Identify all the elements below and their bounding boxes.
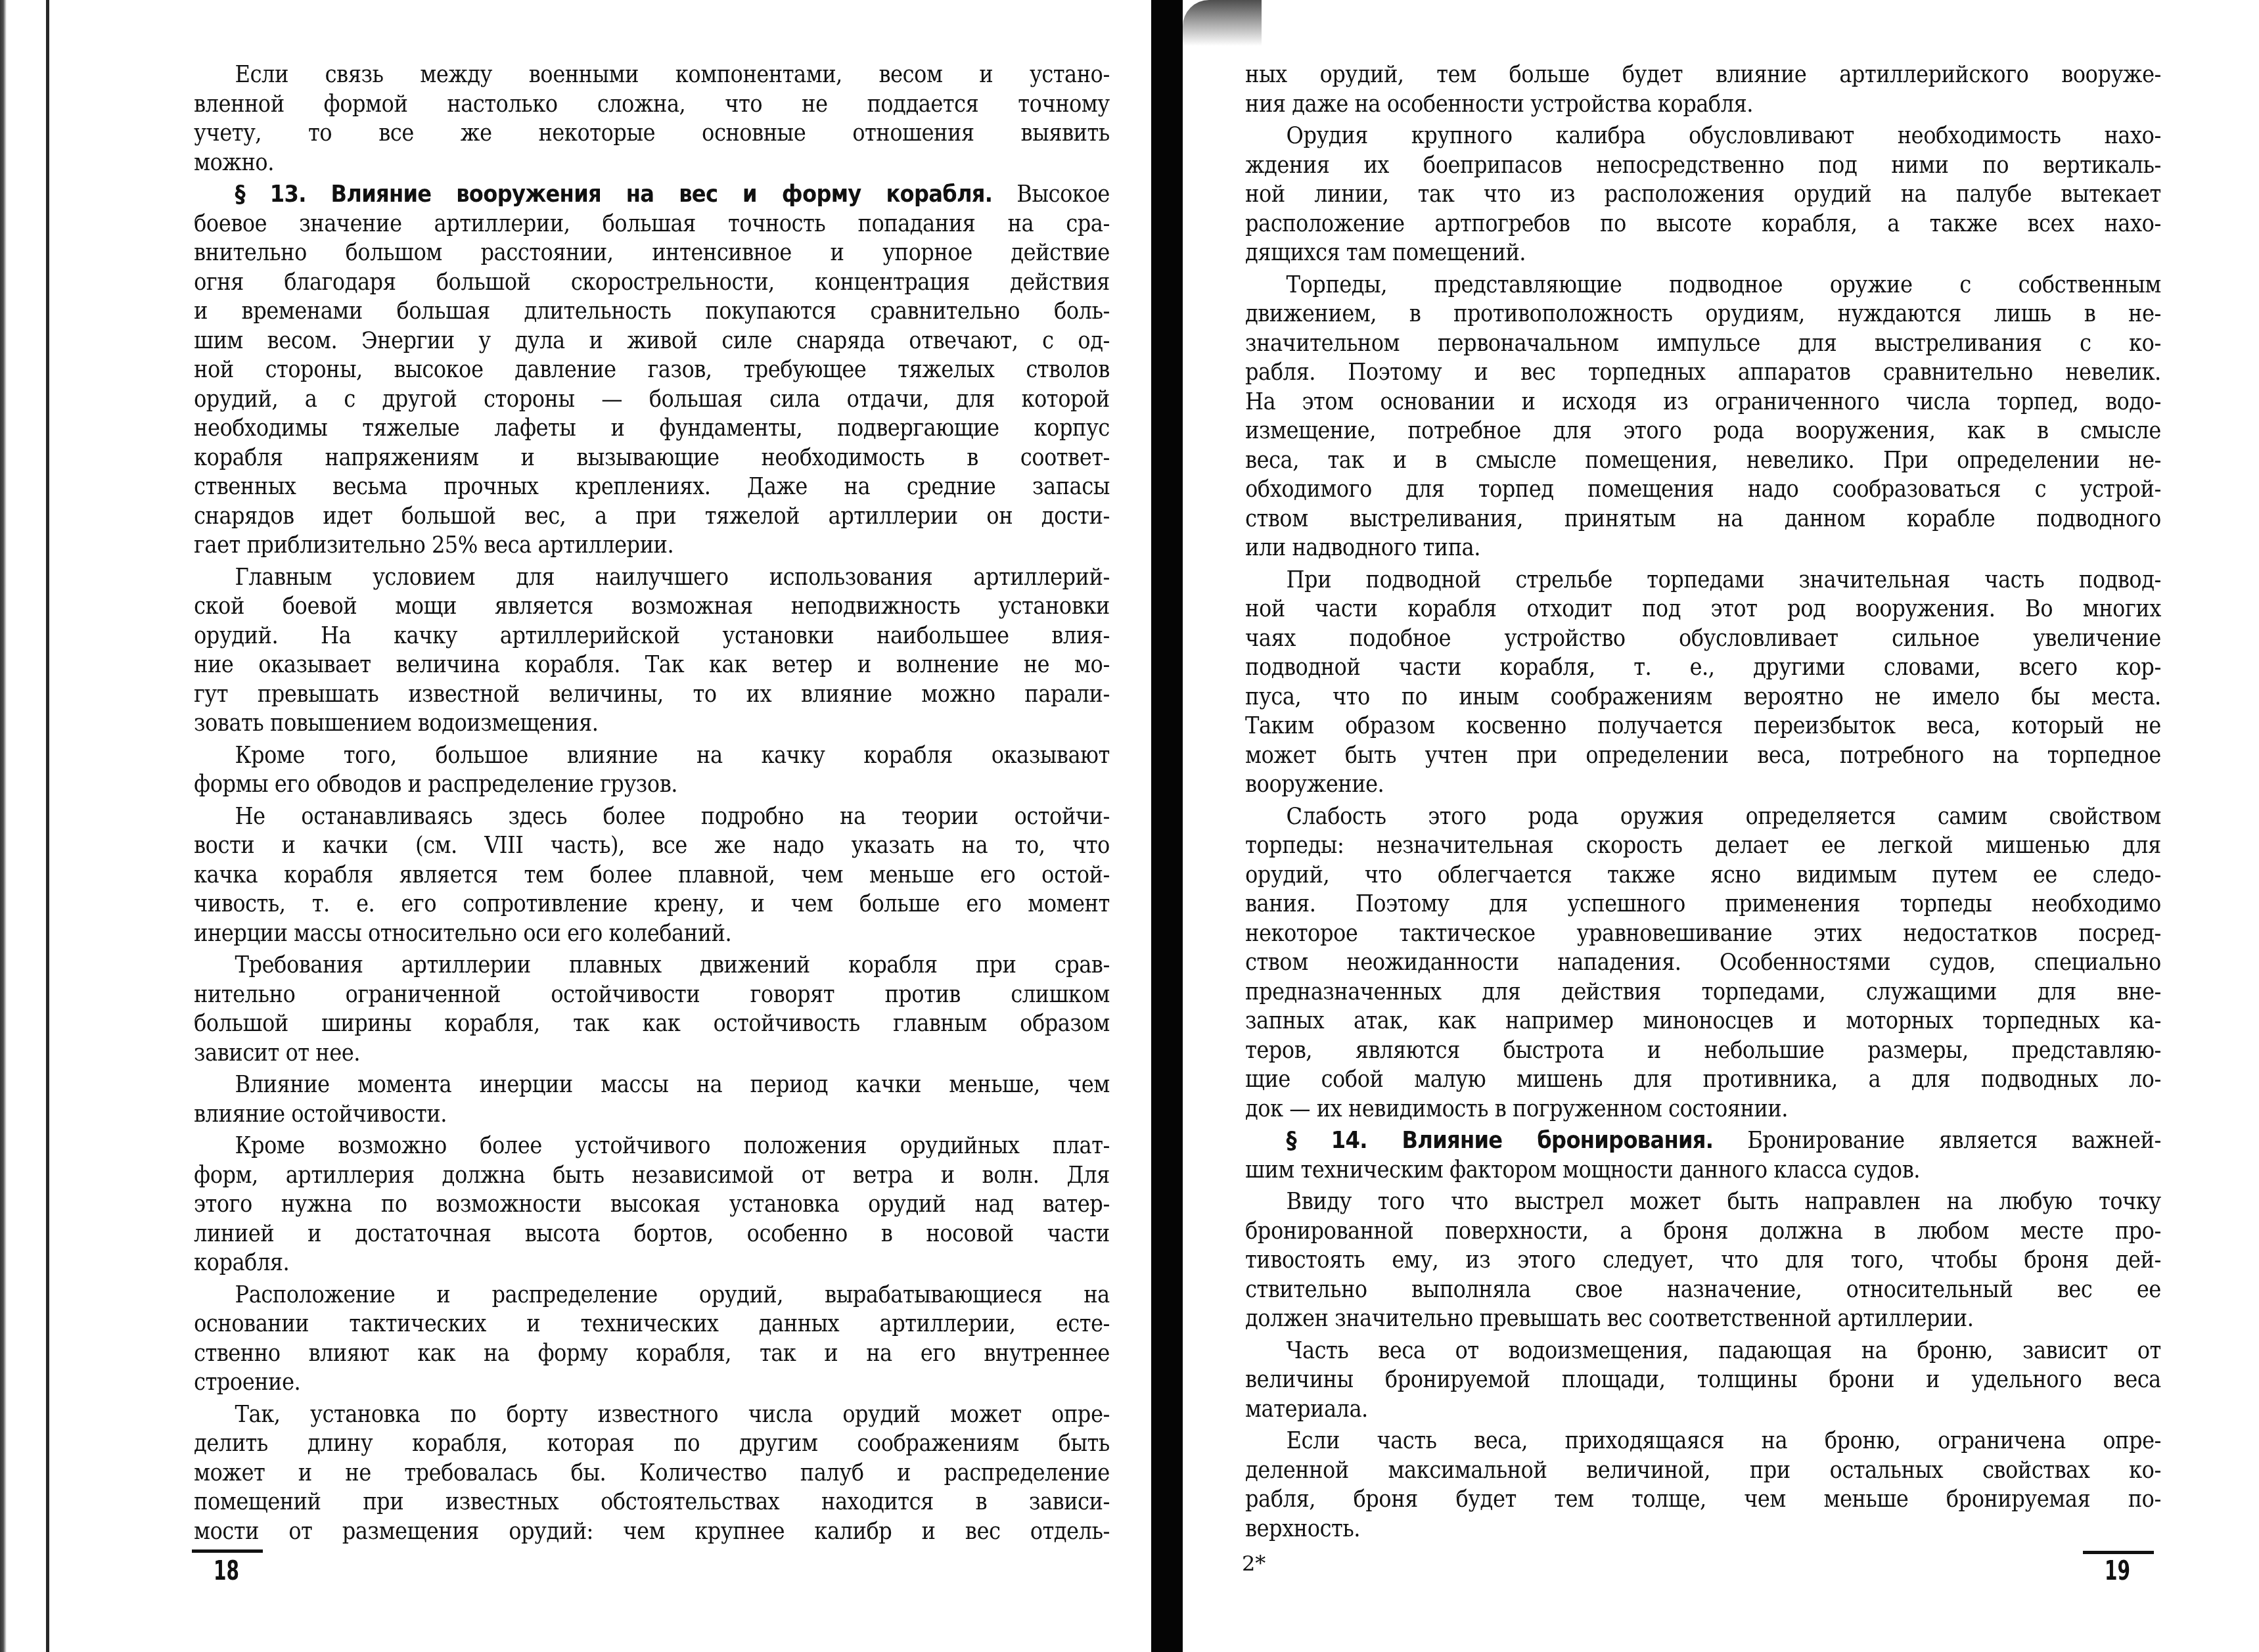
text-line: формы его обводов и распределение грузов… <box>194 770 1110 800</box>
text-line: должен значительно превышать вес соответ… <box>1245 1304 2161 1334</box>
book-spread: Если связь между военными компонентами, … <box>0 0 2259 1652</box>
text-line: движением, в противоположность орудиям, … <box>1245 300 2161 329</box>
section-heading-line: § 13. Влияние вооружения на вес и форму … <box>194 180 1110 210</box>
text-line: Ввиду того что выстрел может быть направ… <box>1245 1187 2161 1217</box>
text-line: Кроме возможно более устойчивого положен… <box>194 1132 1110 1161</box>
text-line: помещений при известных обстоятельствах … <box>194 1488 1110 1517</box>
text-line: вости и качки (см. VIII часть), все же н… <box>194 831 1110 861</box>
text-line: Слабость этого рода оружия определяется … <box>1245 802 2161 832</box>
text-line: Так, установка по борту известного числа… <box>194 1400 1110 1430</box>
text-line: качка корабля является тем более плавной… <box>194 861 1110 890</box>
text-line: ние оказывает величина корабля. Так как … <box>194 651 1110 680</box>
section-heading: § 13. Влияние вооружения на вес и форму … <box>235 181 993 208</box>
text-line: гут превышать известной величины, то их … <box>194 680 1110 710</box>
text-line: ных орудий, тем больше будет влияние арт… <box>1245 60 2161 90</box>
right-folio-rule <box>2083 1551 2154 1554</box>
text-line: теров, являются быстрота и небольшие раз… <box>1245 1036 2161 1066</box>
book-spine-gutter <box>1151 0 1183 1652</box>
spine-corner-shadow <box>1183 0 1262 46</box>
text-line: пуса, что по иным соображениям вероятно … <box>1245 683 2161 712</box>
text-line: ной стороны, высокое давление газов, тре… <box>194 356 1110 385</box>
text-line: бронированной поверхности, а броня должн… <box>1245 1217 2161 1247</box>
text-line: корабля. <box>194 1249 1110 1278</box>
text-line: тивостоять ему, из этого следует, что дл… <box>1245 1246 2161 1275</box>
text-line: щие собой малую мишень для противника, а… <box>1245 1065 2161 1095</box>
printer-signature-mark: 2* <box>1242 1551 1266 1576</box>
text-line: Кроме того, большое влияние на качку кор… <box>194 741 1110 771</box>
text-line: рабля. Поэтому и вес торпедных аппаратов… <box>1245 358 2161 388</box>
text-line: При подводной стрельбе торпедами значите… <box>1245 566 2161 595</box>
text-line: Орудия крупного калибра обусловливают не… <box>1245 122 2161 151</box>
text-line: Если часть веса, приходящаяся на броню, … <box>1245 1427 2161 1456</box>
text-line: обходимого для торпед помещения надо соо… <box>1245 475 2161 505</box>
text-line: снарядов идет большой вес, а при тяжелой… <box>194 502 1110 532</box>
text-line: ственно влияют как на форму корабля, так… <box>194 1339 1110 1369</box>
text-line: вания. Поэтому для успешного применения … <box>1245 890 2161 919</box>
text-line: зависит от нее. <box>194 1039 1110 1068</box>
left-page-text: Если связь между военными компонентами, … <box>194 60 1110 1546</box>
text-line: форм, артиллерия должна быть независимой… <box>194 1161 1110 1191</box>
text-line: ственных весьма прочных креплениях. Даже… <box>194 472 1110 502</box>
text-line: учету, то все же некоторые основные отно… <box>194 119 1110 149</box>
text-line: может и не требовалась бы. Количество па… <box>194 1459 1110 1488</box>
text-line: ством выстреливания, принятым на данном … <box>1245 505 2161 534</box>
right-page-text: ных орудий, тем больше будет влияние арт… <box>1245 60 2162 1546</box>
text-line: зовать повышением водоизмещения. <box>194 709 1110 739</box>
text-line: чаях подобное устройство обусловливает с… <box>1245 624 2161 654</box>
heading-continuation: Высокое <box>992 181 1109 208</box>
scan-edge-line <box>46 0 49 1652</box>
text-line: Если связь между военными компонентами, … <box>194 60 1110 90</box>
text-line: Торпеды, представляющие подводное оружие… <box>1245 271 2161 300</box>
text-line: верхность. <box>1245 1515 2161 1544</box>
text-line: орудий, что облегчается также ясно видим… <box>1245 861 2161 890</box>
text-line: можно. <box>194 149 1110 178</box>
text-line: деленной максимальной величиной, при ост… <box>1245 1456 2161 1486</box>
text-line: запных атак, как например миноносцев и м… <box>1245 1007 2161 1036</box>
text-line: ской боевой мощи является возможная непо… <box>194 592 1110 622</box>
text-line: строение. <box>194 1368 1110 1398</box>
text-line: внительно большом расстоянии, интенсивно… <box>194 239 1110 268</box>
text-line: дящихся там помещений. <box>1245 239 2161 268</box>
text-line: боевое значение артиллерии, большая точн… <box>194 210 1110 239</box>
heading-continuation: Бронирование является важней- <box>1713 1128 2161 1154</box>
text-line: Главным условием для наилучшего использо… <box>194 563 1110 593</box>
text-line: шим техническим фактором мощности данног… <box>1245 1156 2161 1185</box>
text-line: Требования артиллерии плавных движений к… <box>194 951 1110 980</box>
text-line: ством неожиданности нападения. Особеннос… <box>1245 948 2161 978</box>
text-line: большой ширины корабля, так как остойчив… <box>194 1009 1110 1039</box>
text-line: вооружение. <box>1245 770 2161 800</box>
text-line: орудий, а с другой стороны — большая сил… <box>194 385 1110 415</box>
text-line: подводной части корабля, т. е., другими … <box>1245 653 2161 683</box>
text-line: предназначенных для действия торпедами, … <box>1245 978 2161 1007</box>
text-line: док — их невидимость в погруженном состо… <box>1245 1095 2161 1124</box>
text-line: мости от размещения орудий: чем крупнее … <box>194 1517 1110 1547</box>
text-line: ждения их боеприпасов непосредственно по… <box>1245 151 2161 181</box>
text-line: значительном первоначальном импульсе для… <box>1245 329 2161 359</box>
left-folio-rule <box>192 1549 263 1553</box>
text-line: На этом основании и исходя из ограниченн… <box>1245 388 2161 417</box>
text-line: измещение, потребное для этого рода воор… <box>1245 417 2161 446</box>
text-line: необходимы тяжелые лафеты и фундаменты, … <box>194 414 1110 444</box>
right-page-number: 19 <box>2105 1556 2130 1586</box>
text-line: вленной формой настолько сложна, что не … <box>194 90 1110 120</box>
text-line: и временами большая длительность покупаю… <box>194 297 1110 327</box>
text-line: корабля напряжениям и вызывающие необход… <box>194 444 1110 473</box>
text-line: Часть веса от водоизмещения, падающая на… <box>1245 1337 2161 1366</box>
text-line: Не останавливаясь здесь более подробно н… <box>194 802 1110 832</box>
text-line: веса, так и в смысле помещения, невелико… <box>1245 446 2161 476</box>
text-line: величины бронируемой площади, толщины бр… <box>1245 1365 2161 1395</box>
text-line: ния даже на особенности устройства кораб… <box>1245 90 2161 120</box>
text-line: материала. <box>1245 1395 2161 1425</box>
section-heading: § 14. Влияние бронирования. <box>1287 1128 1714 1154</box>
text-line: шим весом. Энергии у дула и живой силе с… <box>194 327 1110 356</box>
text-line: гает приблизительно 25% веса артиллерии. <box>194 531 1110 561</box>
scan-edge-shadow <box>0 0 7 1652</box>
text-line: или надводного типа. <box>1245 534 2161 563</box>
text-line: линией и достаточная высота бортов, особ… <box>194 1220 1110 1249</box>
text-line: влияние остойчивости. <box>194 1100 1110 1130</box>
text-line: инерции массы относительно оси его колеб… <box>194 919 1110 949</box>
text-line: делить длину корабля, которая по другим … <box>194 1429 1110 1459</box>
text-line: рабля, броня будет тем толще, чем меньше… <box>1245 1485 2161 1515</box>
text-line: орудий. На качку артиллерийской установк… <box>194 622 1110 651</box>
text-line: Таким образом косвенно получается переиз… <box>1245 712 2161 741</box>
paragraph-gap <box>1245 1544 2162 1546</box>
text-line: этого нужна по возможности высокая устан… <box>194 1190 1110 1220</box>
text-line: нительно ограниченной остойчивости говор… <box>194 980 1110 1010</box>
text-line: чивость, т. е. его сопротивление крену, … <box>194 890 1110 919</box>
left-page-number: 18 <box>214 1556 239 1586</box>
text-line: ной линии, так что из расположения оруди… <box>1245 180 2161 210</box>
text-line: торпеды: незначительная скорость делает … <box>1245 831 2161 861</box>
text-line: расположение артпогребов по высоте кораб… <box>1245 210 2161 239</box>
text-line: ной части корабля отходит под этот род в… <box>1245 595 2161 624</box>
text-line: некоторое тактическое уравновешивание эт… <box>1245 919 2161 949</box>
text-line: может быть учтен при определении веса, п… <box>1245 741 2161 771</box>
text-line: ствительно выполняла свое назначение, от… <box>1245 1275 2161 1305</box>
text-line: огня благодаря большой скорострельности,… <box>194 268 1110 298</box>
text-line: Влияние момента инерции массы на период … <box>194 1070 1110 1100</box>
text-line: Расположение и распределение орудий, выр… <box>194 1281 1110 1310</box>
text-line: основании тактических и технических данн… <box>194 1310 1110 1339</box>
section-heading-line: § 14. Влияние бронирования. Бронирование… <box>1245 1126 2161 1156</box>
